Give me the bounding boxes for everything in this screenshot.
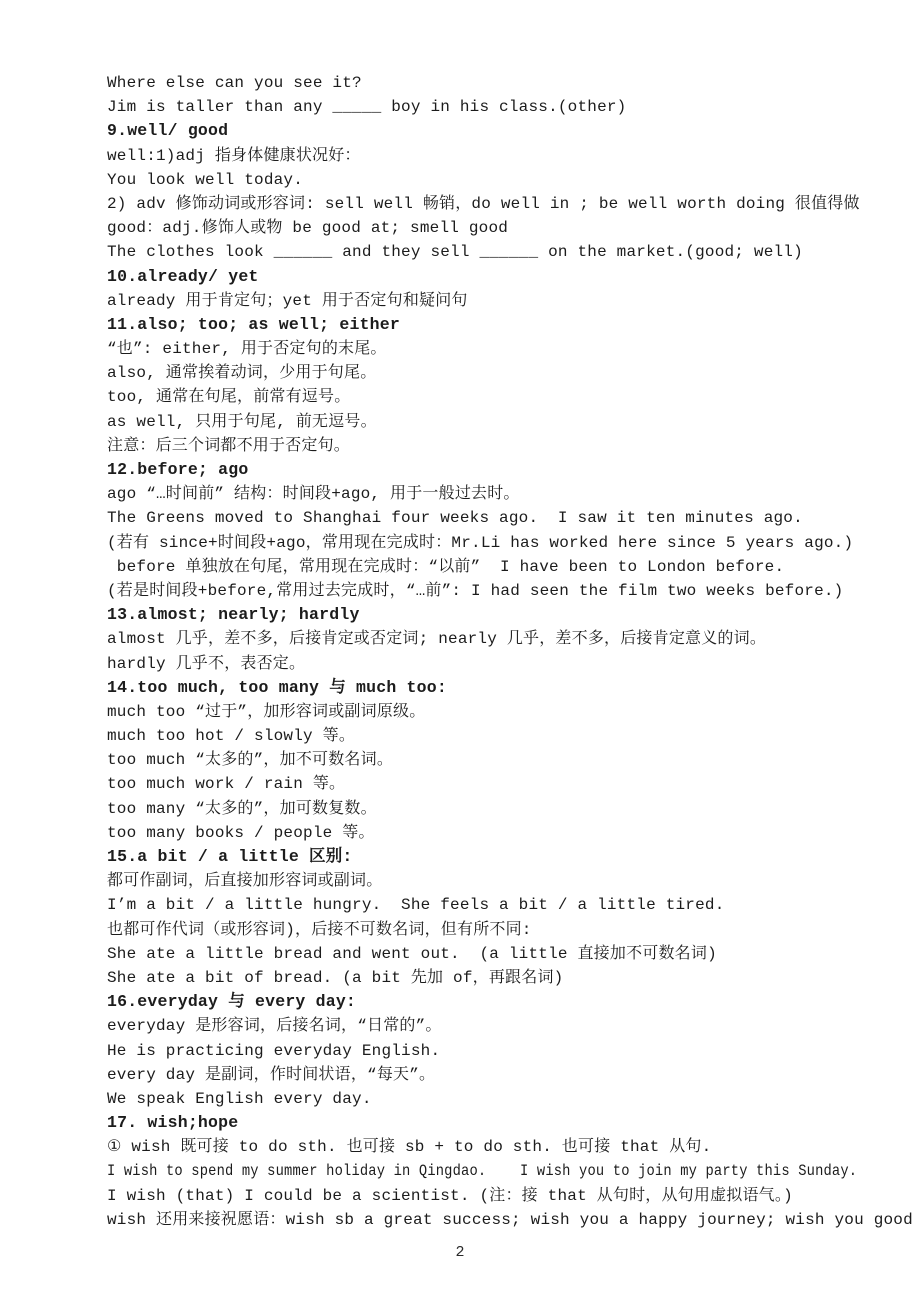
text-line: too, 通常在句尾，前常有逗号。	[107, 385, 900, 409]
text-line: She ate a bit of bread. (a bit 先加 of，再跟名…	[107, 966, 900, 990]
text-line: ① wish 既可接 to do sth. 也可接 sb + to do sth…	[107, 1135, 900, 1159]
text-line: good：adj.修饰人或物 be good at; smell good	[107, 216, 900, 240]
text-line: We speak English every day.	[107, 1087, 900, 1111]
section-heading: 16.everyday 与 every day:	[107, 990, 900, 1014]
section-heading: 11.also; too; as well; either	[107, 313, 900, 337]
text-line: before 单独放在句尾，常用现在完成时：“以前” I have been t…	[107, 555, 900, 579]
text-line: He is practicing everyday English.	[107, 1039, 900, 1063]
text-line: (若是时间段+before,常用过去完成时，“…前”: I had seen t…	[107, 579, 900, 603]
text-line: ago “…时间前” 结构：时间段+ago, 用于一般过去时。	[107, 482, 900, 506]
section-heading: 17. wish;hope	[107, 1111, 900, 1135]
text-line: too much work / rain 等。	[107, 772, 900, 796]
section-heading: 15.a bit / a little 区别:	[107, 845, 900, 869]
text-line: also, 通常挨着动词，少用于句尾。	[107, 361, 900, 385]
text-line: (若有 since+时间段+ago，常用现在完成时：Mr.Li has work…	[107, 531, 900, 555]
text-line: well:1)adj 指身体健康状况好：	[107, 144, 900, 168]
text-line: You look well today.	[107, 168, 900, 192]
text-line: The Greens moved to Shanghai four weeks …	[107, 506, 900, 530]
page-number: 2	[0, 1244, 920, 1261]
text-line: much too “过于”，加形容词或副词原级。	[107, 700, 900, 724]
document-content: Where else can you see it?Jim is taller …	[0, 0, 920, 1232]
text-line: too many “太多的”，加可数复数。	[107, 797, 900, 821]
text-line: everyday 是形容词，后接名词，“日常的”。	[107, 1014, 900, 1038]
text-line: hardly 几乎不，表否定。	[107, 652, 900, 676]
section-heading: 9.well/ good	[107, 119, 900, 143]
section-heading: 14.too much, too many 与 much too:	[107, 676, 900, 700]
text-line: much too hot / slowly 等。	[107, 724, 900, 748]
text-line: The clothes look ______ and they sell __…	[107, 240, 900, 264]
text-line: I wish to spend my summer holiday in Qin…	[107, 1159, 789, 1183]
text-line: I wish (that) I could be a scientist. (注…	[107, 1184, 900, 1208]
section-heading: 13.almost; nearly; hardly	[107, 603, 900, 627]
document-page: Where else can you see it?Jim is taller …	[0, 0, 920, 1302]
text-line: I’m a bit / a little hungry. She feels a…	[107, 893, 900, 917]
text-line: too many books / people 等。	[107, 821, 900, 845]
text-line: Where else can you see it?	[107, 71, 900, 95]
text-line: every day 是副词，作时间状语，“每天”。	[107, 1063, 900, 1087]
text-line: Jim is taller than any _____ boy in his …	[107, 95, 900, 119]
text-line: already 用于肯定句；yet 用于否定句和疑问句	[107, 289, 900, 313]
text-line: too much “太多的”，加不可数名词。	[107, 748, 900, 772]
text-line: 注意：后三个词都不用于否定句。	[107, 434, 900, 458]
text-line: She ate a little bread and went out. (a …	[107, 942, 900, 966]
section-heading: 12.before; ago	[107, 458, 900, 482]
text-line: 也都可作代词（或形容词)，后接不可数名词，但有所不同:	[107, 918, 900, 942]
text-line: as well, 只用于句尾, 前无逗号。	[107, 410, 900, 434]
text-line: almost 几乎，差不多，后接肯定或否定词; nearly 几乎，差不多，后接…	[107, 627, 900, 651]
text-line: 都可作副词，后直接加形容词或副词。	[107, 869, 900, 893]
section-heading: 10.already/ yet	[107, 265, 900, 289]
text-line: 2) adv 修饰动词或形容词: sell well 畅销，do well in…	[107, 192, 900, 216]
text-line: wish 还用来接祝愿语：wish sb a great success; wi…	[107, 1208, 900, 1232]
text-line: “也”: either, 用于否定句的末尾。	[107, 337, 900, 361]
